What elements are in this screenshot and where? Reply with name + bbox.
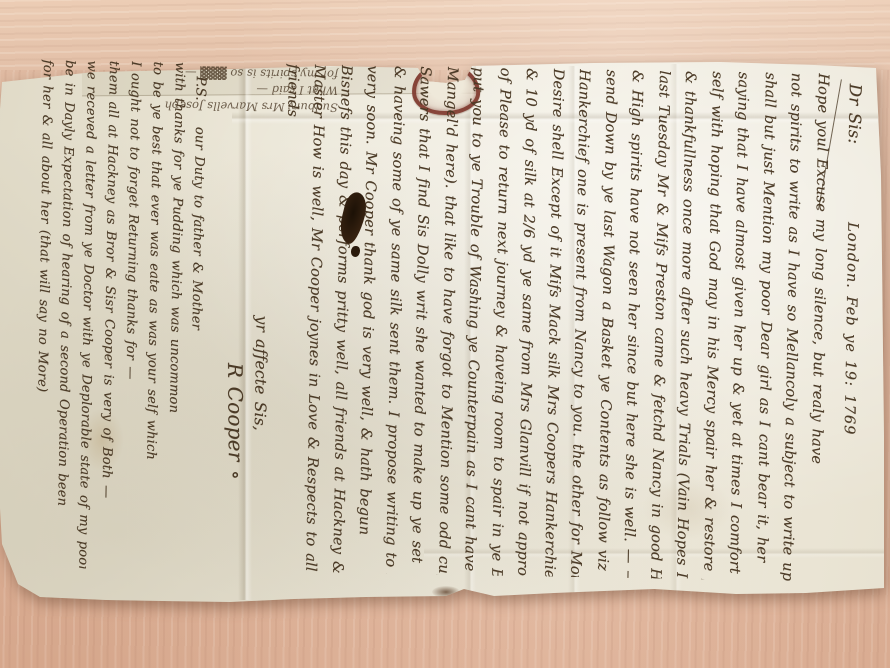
handwritten-line: for my spirits is so ▓▓▓ — bbox=[64, 63, 338, 83]
handwritten-text-block: Dr Sis: London. Feb ye 19: 1769 Hope you… bbox=[17, 59, 868, 582]
salutation: Dr Sis: bbox=[840, 74, 868, 145]
photo-of-handwritten-letter: Dr Sis: London. Feb ye 19: 1769 Hope you… bbox=[0, 0, 890, 668]
handwritten-line: What I said — bbox=[64, 79, 338, 99]
postscript-block: P.S.our Duty to father & Mother with tha… bbox=[28, 59, 213, 570]
handwritten-line: Sudbury Mrs Marvells Joseph bbox=[64, 96, 338, 116]
dateline: London. Feb ye 19: 1769 bbox=[835, 222, 865, 436]
postscript-text: our Duty to father & Mother bbox=[189, 127, 208, 330]
marginalia-upside-down: Sudbury Mrs Marvells Joseph What I said … bbox=[64, 60, 339, 115]
wood-table-top-plank bbox=[0, 0, 890, 70]
signature: R Cooper ∘ bbox=[206, 63, 250, 571]
